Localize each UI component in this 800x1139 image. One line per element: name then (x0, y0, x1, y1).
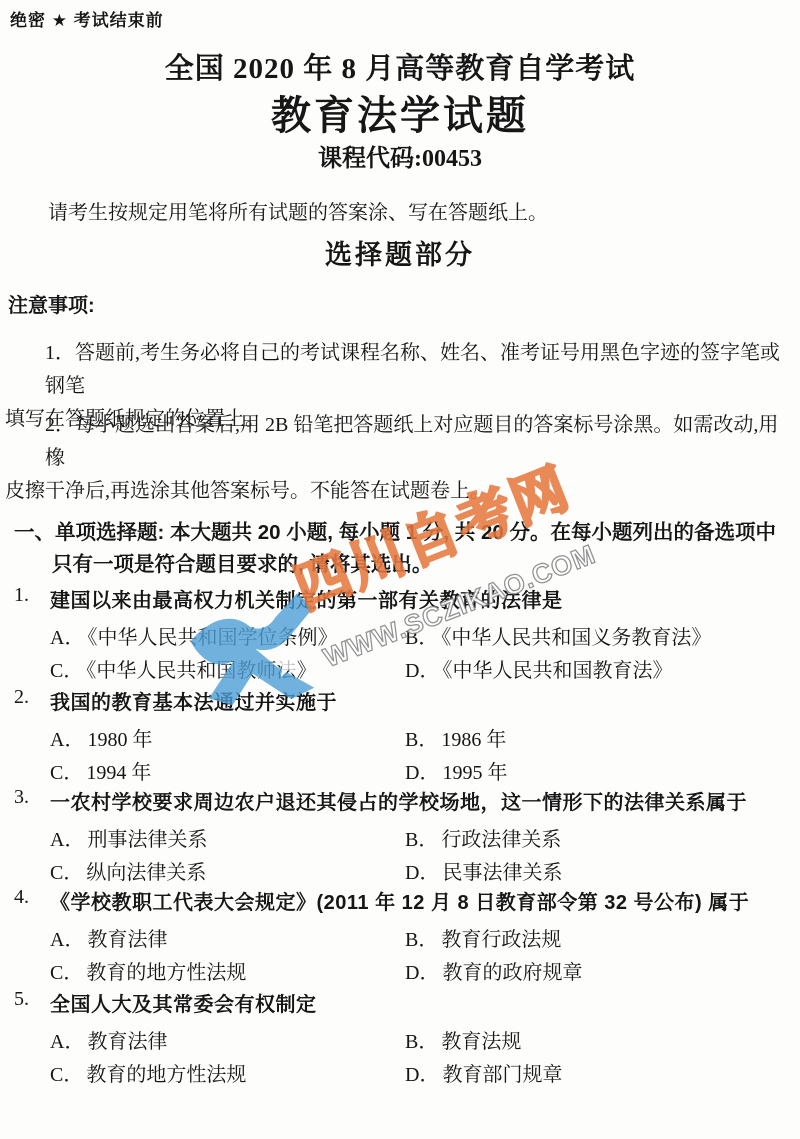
option-label: D． (405, 1064, 439, 1086)
notice-2-line-2: 皮擦干净后,再选涂其他答案标号。不能答在试题卷上。 (5, 475, 797, 508)
question-3-option-a: A．刑事法律关系 (50, 824, 405, 857)
answer-instruction: 请考生按规定用笔将所有试题的答案涂、写在答题纸上。 (48, 196, 548, 225)
option-label: D． (405, 660, 439, 682)
notice-1-line-1: 1．答题前,考生务必将自己的考试课程名称、姓名、准考证号用黑色字迹的签字笔或钢笔 (5, 337, 797, 403)
option-label: D． (405, 962, 439, 984)
question-4-stem: 《学校教职工代表大会规定》(2011 年 12 月 8 日教育部令第 32 号公… (50, 886, 749, 915)
option-label: B． (405, 829, 438, 851)
option-label: B． (405, 929, 438, 951)
question-5-options: A．教育法律 B．教育法规 C．教育的地方性法规 D．教育部门规章 (50, 1026, 792, 1092)
option-label: A． (50, 1031, 84, 1053)
option-text: 《中华人民共和国教育法》 (442, 660, 672, 682)
question-4-number: 4. (14, 886, 50, 909)
option-text: 教育法律 (87, 1031, 167, 1053)
option-text: 教育的政府规章 (442, 962, 582, 984)
option-label: C． (50, 1064, 83, 1086)
question-4: 4. 《学校教职工代表大会规定》(2011 年 12 月 8 日教育部令第 32… (14, 886, 792, 990)
option-text: 《中华人民共和国义务教育法》 (441, 627, 711, 649)
option-text: 《中华人民共和国教师法》 (86, 660, 316, 682)
exam-title-line1: 全国 2020 年 8 月高等教育自学考试 (0, 46, 800, 87)
option-label: C． (50, 762, 83, 784)
option-text: 纵向法律关系 (86, 862, 206, 884)
exam-paper-page: 绝密 ★ 考试结束前 全国 2020 年 8 月高等教育自学考试 教育法学试题 … (0, 0, 800, 1139)
question-3-stem-row: 3. 一农村学校要求周边农户退还其侵占的学校场地，这一情形下的法律关系属于 (14, 786, 792, 815)
option-text: 《中华人民共和国学位条例》 (87, 627, 337, 649)
question-4-option-d: D．教育的政府规章 (405, 957, 792, 990)
notice-item-2: 2．每小题选出答案后,用 2B 铅笔把答题纸上对应题目的答案标号涂黑。如需改动,… (5, 409, 797, 508)
question-3-options: A．刑事法律关系 B．行政法律关系 C．纵向法律关系 D．民事法律关系 (50, 824, 792, 890)
question-4-option-b: B．教育行政法规 (405, 924, 792, 957)
option-text: 1994 年 (86, 762, 151, 784)
option-label: A． (50, 829, 84, 851)
option-text: 教育法规 (441, 1031, 521, 1053)
question-3: 3. 一农村学校要求周边农户退还其侵占的学校场地，这一情形下的法律关系属于 A．… (14, 786, 792, 890)
option-label: A． (50, 929, 84, 951)
question-5-number: 5. (14, 988, 50, 1011)
question-1-stem: 建国以来由最高权力机关制定的第一部有关教育的法律是 (50, 584, 563, 613)
option-label: B． (405, 729, 438, 751)
option-text: 行政法律关系 (441, 829, 561, 851)
question-1: 1. 建国以来由最高权力机关制定的第一部有关教育的法律是 A．《中华人民共和国学… (14, 584, 792, 688)
question-1-stem-row: 1. 建国以来由最高权力机关制定的第一部有关教育的法律是 (14, 584, 792, 613)
option-text: 刑事法律关系 (87, 829, 207, 851)
question-3-number: 3. (14, 786, 50, 809)
option-label: D． (405, 762, 439, 784)
option-label: C． (50, 862, 83, 884)
question-5-stem: 全国人大及其常委会有权制定 (50, 988, 317, 1017)
option-text: 1986 年 (441, 729, 506, 751)
option-label: C． (50, 962, 83, 984)
option-label: B． (405, 627, 438, 649)
section-one-heading-line-1: 一、单项选择题: 本大题共 20 小题, 每小题 1 分, 共 20 分。在每小… (14, 521, 776, 544)
option-text: 教育的地方性法规 (86, 962, 246, 984)
question-5-stem-row: 5. 全国人大及其常委会有权制定 (14, 988, 792, 1017)
question-2-option-a: A．1980 年 (50, 724, 405, 757)
question-3-option-b: B．行政法律关系 (405, 824, 792, 857)
option-text: 教育行政法规 (441, 929, 561, 951)
option-text: 1995 年 (442, 762, 507, 784)
question-5-option-c: C．教育的地方性法规 (50, 1059, 405, 1092)
option-label: D． (405, 862, 439, 884)
exam-title-line2: 教育法学试题 (0, 84, 800, 141)
option-text: 民事法律关系 (442, 862, 562, 884)
course-code: 课程代码:00453 (0, 138, 800, 173)
question-4-stem-row: 4. 《学校教职工代表大会规定》(2011 年 12 月 8 日教育部令第 32… (14, 886, 792, 915)
question-4-option-c: C．教育的地方性法规 (50, 957, 405, 990)
question-3-stem: 一农村学校要求周边农户退还其侵占的学校场地，这一情形下的法律关系属于 (50, 786, 747, 815)
question-1-option-c: C．《中华人民共和国教师法》 (50, 655, 405, 688)
question-5-option-b: B．教育法规 (405, 1026, 792, 1059)
question-4-options: A．教育法律 B．教育行政法规 C．教育的地方性法规 D．教育的政府规章 (50, 924, 792, 990)
section-one-heading-line-2: 只有一项是符合题目要求的, 请将其选出。 (14, 549, 780, 581)
question-2-options: A．1980 年 B．1986 年 C．1994 年 D．1995 年 (50, 724, 792, 790)
question-5-option-d: D．教育部门规章 (405, 1059, 792, 1092)
option-text: 教育的地方性法规 (86, 1064, 246, 1086)
notice-2-line-1: 2．每小题选出答案后,用 2B 铅笔把答题纸上对应题目的答案标号涂黑。如需改动,… (5, 409, 797, 475)
question-1-option-d: D．《中华人民共和国教育法》 (405, 655, 792, 688)
option-text: 教育部门规章 (442, 1064, 562, 1086)
question-2-option-b: B．1986 年 (405, 724, 792, 757)
question-2-stem: 我国的教育基本法通过并实施于 (50, 686, 337, 715)
question-4-option-a: A．教育法律 (50, 924, 405, 957)
question-1-number: 1. (14, 584, 50, 607)
question-2-stem-row: 2. 我国的教育基本法通过并实施于 (14, 686, 792, 715)
question-1-option-a: A．《中华人民共和国学位条例》 (50, 622, 405, 655)
question-2: 2. 我国的教育基本法通过并实施于 A．1980 年 B．1986 年 C．19… (14, 686, 792, 790)
question-2-number: 2. (14, 686, 50, 709)
question-5-option-a: A．教育法律 (50, 1026, 405, 1059)
section-one-heading: 一、单项选择题: 本大题共 20 小题, 每小题 1 分, 共 20 分。在每小… (14, 517, 780, 581)
question-5: 5. 全国人大及其常委会有权制定 A．教育法律 B．教育法规 C．教育的地方性法… (14, 988, 792, 1092)
option-label: C． (50, 660, 83, 682)
option-label: B． (405, 1031, 438, 1053)
question-1-options: A．《中华人民共和国学位条例》 B．《中华人民共和国义务教育法》 C．《中华人民… (50, 622, 792, 688)
question-1-option-b: B．《中华人民共和国义务教育法》 (405, 622, 792, 655)
secrecy-header: 绝密 ★ 考试结束前 (10, 6, 164, 31)
notice-title: 注意事项: (8, 289, 95, 318)
section-part-title: 选择题部分 (0, 233, 800, 272)
option-text: 教育法律 (87, 929, 167, 951)
option-text: 1980 年 (87, 729, 152, 751)
option-label: A． (50, 729, 84, 751)
option-label: A． (50, 627, 84, 649)
